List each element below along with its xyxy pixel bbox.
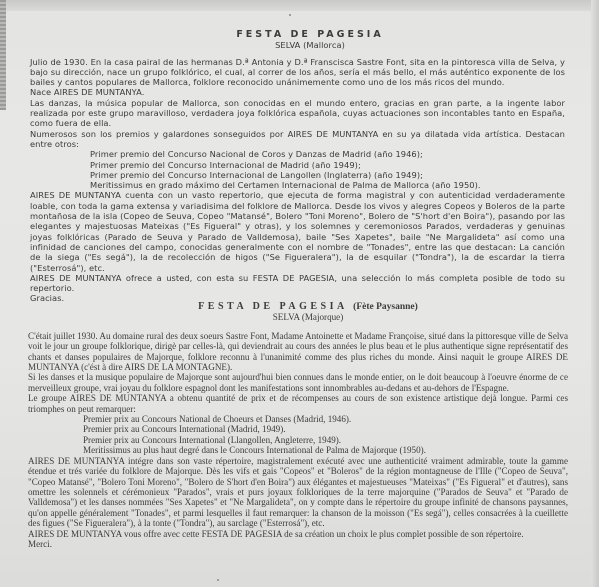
record-sleeve-page: FESTA DE PAGESIA SELVA (Mallorca) Julio …	[0, 0, 599, 587]
spanish-paragraph: Numerosos son los premios y galardones s…	[30, 129, 565, 150]
spanish-title: FESTA DE PAGESIA	[55, 30, 565, 40]
french-prize: Meritissimus au plus haut degré dans le …	[28, 445, 568, 455]
spanish-paragraph: Nace AIRES DE MUNTANYA.	[30, 87, 565, 97]
page-top-edge	[0, 0, 599, 11]
page-right-edge	[591, 0, 599, 587]
french-closing: Merci.	[28, 539, 568, 549]
spanish-paragraph: AIRES DE MUNTANYA cuenta con un vasto re…	[30, 190, 565, 272]
spanish-prize: Primer premio del Concurso Internacional…	[30, 170, 565, 180]
spanish-prize: Primer premio del Concurso Internacional…	[30, 160, 565, 170]
french-subtitle: SELVA (Majorque)	[48, 312, 568, 322]
french-section: FESTA DE PAGESIA (Fète Paysanne) SELVA (…	[28, 302, 568, 549]
french-prize: Premier prix au Concours International (…	[28, 435, 568, 445]
spanish-paragraph: AIRES DE MUNTANYA ofrece a usted, con es…	[30, 273, 565, 294]
print-speck	[217, 579, 219, 581]
print-speck	[289, 14, 291, 16]
page-left-edge	[0, 0, 6, 110]
spanish-prize: Meritissimus en grado máximo del Certame…	[30, 180, 565, 190]
spanish-subtitle: SELVA (Mallorca)	[55, 40, 565, 50]
french-paragraph: Si les danses et la musique populaire de…	[28, 372, 568, 393]
french-title-suffix: (Fète Paysanne)	[353, 302, 418, 312]
french-paragraph: Le groupe AIRES DE MUNTANYA a obtenu qua…	[28, 393, 568, 414]
spanish-paragraph: Julio de 1930. En la casa pairal de las …	[30, 57, 565, 88]
french-prize: Premier prix au Concours International (…	[28, 424, 568, 434]
french-title-main: FESTA DE PAGESIA	[198, 301, 347, 312]
french-paragraph: C'était juillet 1930. Au domaine rural d…	[28, 331, 568, 373]
french-paragraph: AIRES DE MUNTANYA vous offre avec cette …	[28, 529, 568, 539]
french-prize: Premier prix au Concours National de Cho…	[28, 414, 568, 424]
french-paragraph: AIRES DE MUNTANYA intégre dans son vaste…	[28, 456, 568, 529]
spanish-paragraph: Las danzas, la música popular de Mallorc…	[30, 98, 565, 129]
spanish-section: FESTA DE PAGESIA SELVA (Mallorca) Julio …	[30, 30, 565, 304]
spanish-prize: Primer premio del Concurso Nacional de C…	[30, 149, 565, 159]
french-title: FESTA DE PAGESIA (Fète Paysanne)	[48, 302, 568, 312]
